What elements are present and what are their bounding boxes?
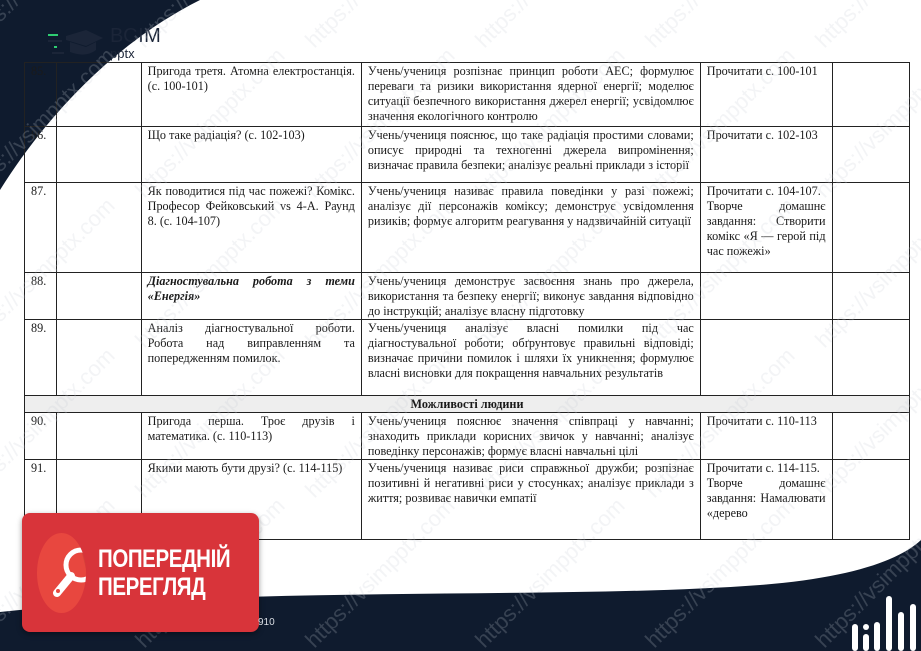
watermark-text: https://vsimpptx.com — [300, 0, 460, 53]
row-number: 89. — [25, 320, 57, 396]
row-number: 86. — [25, 127, 57, 183]
homework-cell: Прочитати с. 110-113 — [700, 413, 832, 460]
watermark-text: https://vsimpptx.com — [810, 0, 921, 53]
notes-cell — [832, 127, 909, 183]
topic-cell: Діагностувальна робота з теми «Енергія» — [141, 273, 361, 320]
magnifier-icon — [37, 533, 86, 613]
homework-line: Творче домашнє завдання: Створити комікс… — [707, 199, 826, 259]
topic-cell: Як поводитися під час пожежі? Комікс. Пр… — [141, 183, 361, 273]
homework-line: Прочитати с. 100-101 — [707, 64, 826, 79]
row-number: 88. — [25, 273, 57, 320]
section-title: Можливості людини — [25, 396, 910, 413]
outcome-cell: Учень/учениця пояснює, що таке радіація … — [361, 127, 700, 183]
watermark-text: https://vsimpptx.com — [640, 0, 800, 53]
lesson-plan-table: 85.Пригода третя. Атомна електростанція.… — [24, 62, 910, 540]
date-cell — [57, 63, 141, 127]
table-row: 85.Пригода третя. Атомна електростанція.… — [25, 63, 910, 127]
homework-line: Прочитати с. 102-103 — [707, 128, 826, 143]
preview-line-2: ПЕРЕГЛЯД — [98, 573, 230, 601]
brand-subtitle: pptx — [110, 47, 161, 60]
page-code: 910 — [258, 617, 275, 628]
homework-cell: Прочитати с. 100-101 — [700, 63, 832, 127]
brand-logo: ВСІМ pptx — [48, 26, 161, 60]
equalizer-icon — [848, 584, 918, 651]
outcome-cell: Учень/учениця називає риси справжньої др… — [361, 460, 700, 540]
outcome-cell: Учень/учениця називає правила поведінки … — [361, 183, 700, 273]
watermark-text: https://vsimpptx.com — [470, 0, 630, 53]
date-cell — [57, 273, 141, 320]
homework-line: Прочитати с. 104-107. — [707, 184, 826, 199]
table-row: 88.Діагностувальна робота з теми «Енергі… — [25, 273, 910, 320]
notes-cell — [832, 320, 909, 396]
outcome-cell: Учень/учениця демонструє засвоєння знань… — [361, 273, 700, 320]
notes-cell — [832, 63, 909, 127]
date-cell — [57, 127, 141, 183]
row-number: 87. — [25, 183, 57, 273]
row-number: 90. — [25, 413, 57, 460]
table-row: 87.Як поводитися під час пожежі? Комікс.… — [25, 183, 910, 273]
homework-line: Творче домашнє завдання: Намалювати «дер… — [707, 476, 826, 521]
outcome-cell: Учень/учениця пояснює значення співпраці… — [361, 413, 700, 460]
row-number: 85. — [25, 63, 57, 127]
notes-cell — [832, 183, 909, 273]
brand-title: ВСІМ — [110, 26, 161, 46]
homework-line: Прочитати с. 110-113 — [707, 414, 826, 429]
date-cell — [57, 320, 141, 396]
homework-cell: Прочитати с. 104-107.Творче домашнє завд… — [700, 183, 832, 273]
graduation-cap-icon — [48, 28, 104, 58]
outcome-cell: Учень/учениця аналізує власні помилки пі… — [361, 320, 700, 396]
section-row: Можливості людини — [25, 396, 910, 413]
date-cell — [57, 183, 141, 273]
outcome-cell: Учень/учениця розпізнає принцип роботи А… — [361, 63, 700, 127]
table-row: 86.Що таке радіація? (с. 102-103)Учень/у… — [25, 127, 910, 183]
topic-cell: Аналіз діагностувальної роботи. Робота н… — [141, 320, 361, 396]
homework-cell: Прочитати с. 114-115.Творче домашнє завд… — [700, 460, 832, 540]
notes-cell — [832, 460, 909, 540]
homework-cell — [700, 320, 832, 396]
homework-cell — [700, 273, 832, 320]
homework-cell: Прочитати с. 102-103 — [700, 127, 832, 183]
preview-line-1: ПОПЕРЕДНІЙ — [98, 545, 230, 573]
topic-cell: Що таке радіація? (с. 102-103) — [141, 127, 361, 183]
topic-cell: Пригода перша. Троє друзів і математика.… — [141, 413, 361, 460]
notes-cell — [832, 273, 909, 320]
table-row: 89.Аналіз діагностувальної роботи. Робот… — [25, 320, 910, 396]
preview-badge[interactable]: ПОПЕРЕДНІЙ ПЕРЕГЛЯД — [22, 513, 259, 632]
table-row: 90.Пригода перша. Троє друзів і математи… — [25, 413, 910, 460]
notes-cell — [832, 413, 909, 460]
topic-cell: Пригода третя. Атомна електростанція. (с… — [141, 63, 361, 127]
date-cell — [57, 413, 141, 460]
homework-line: Прочитати с. 114-115. — [707, 461, 826, 476]
